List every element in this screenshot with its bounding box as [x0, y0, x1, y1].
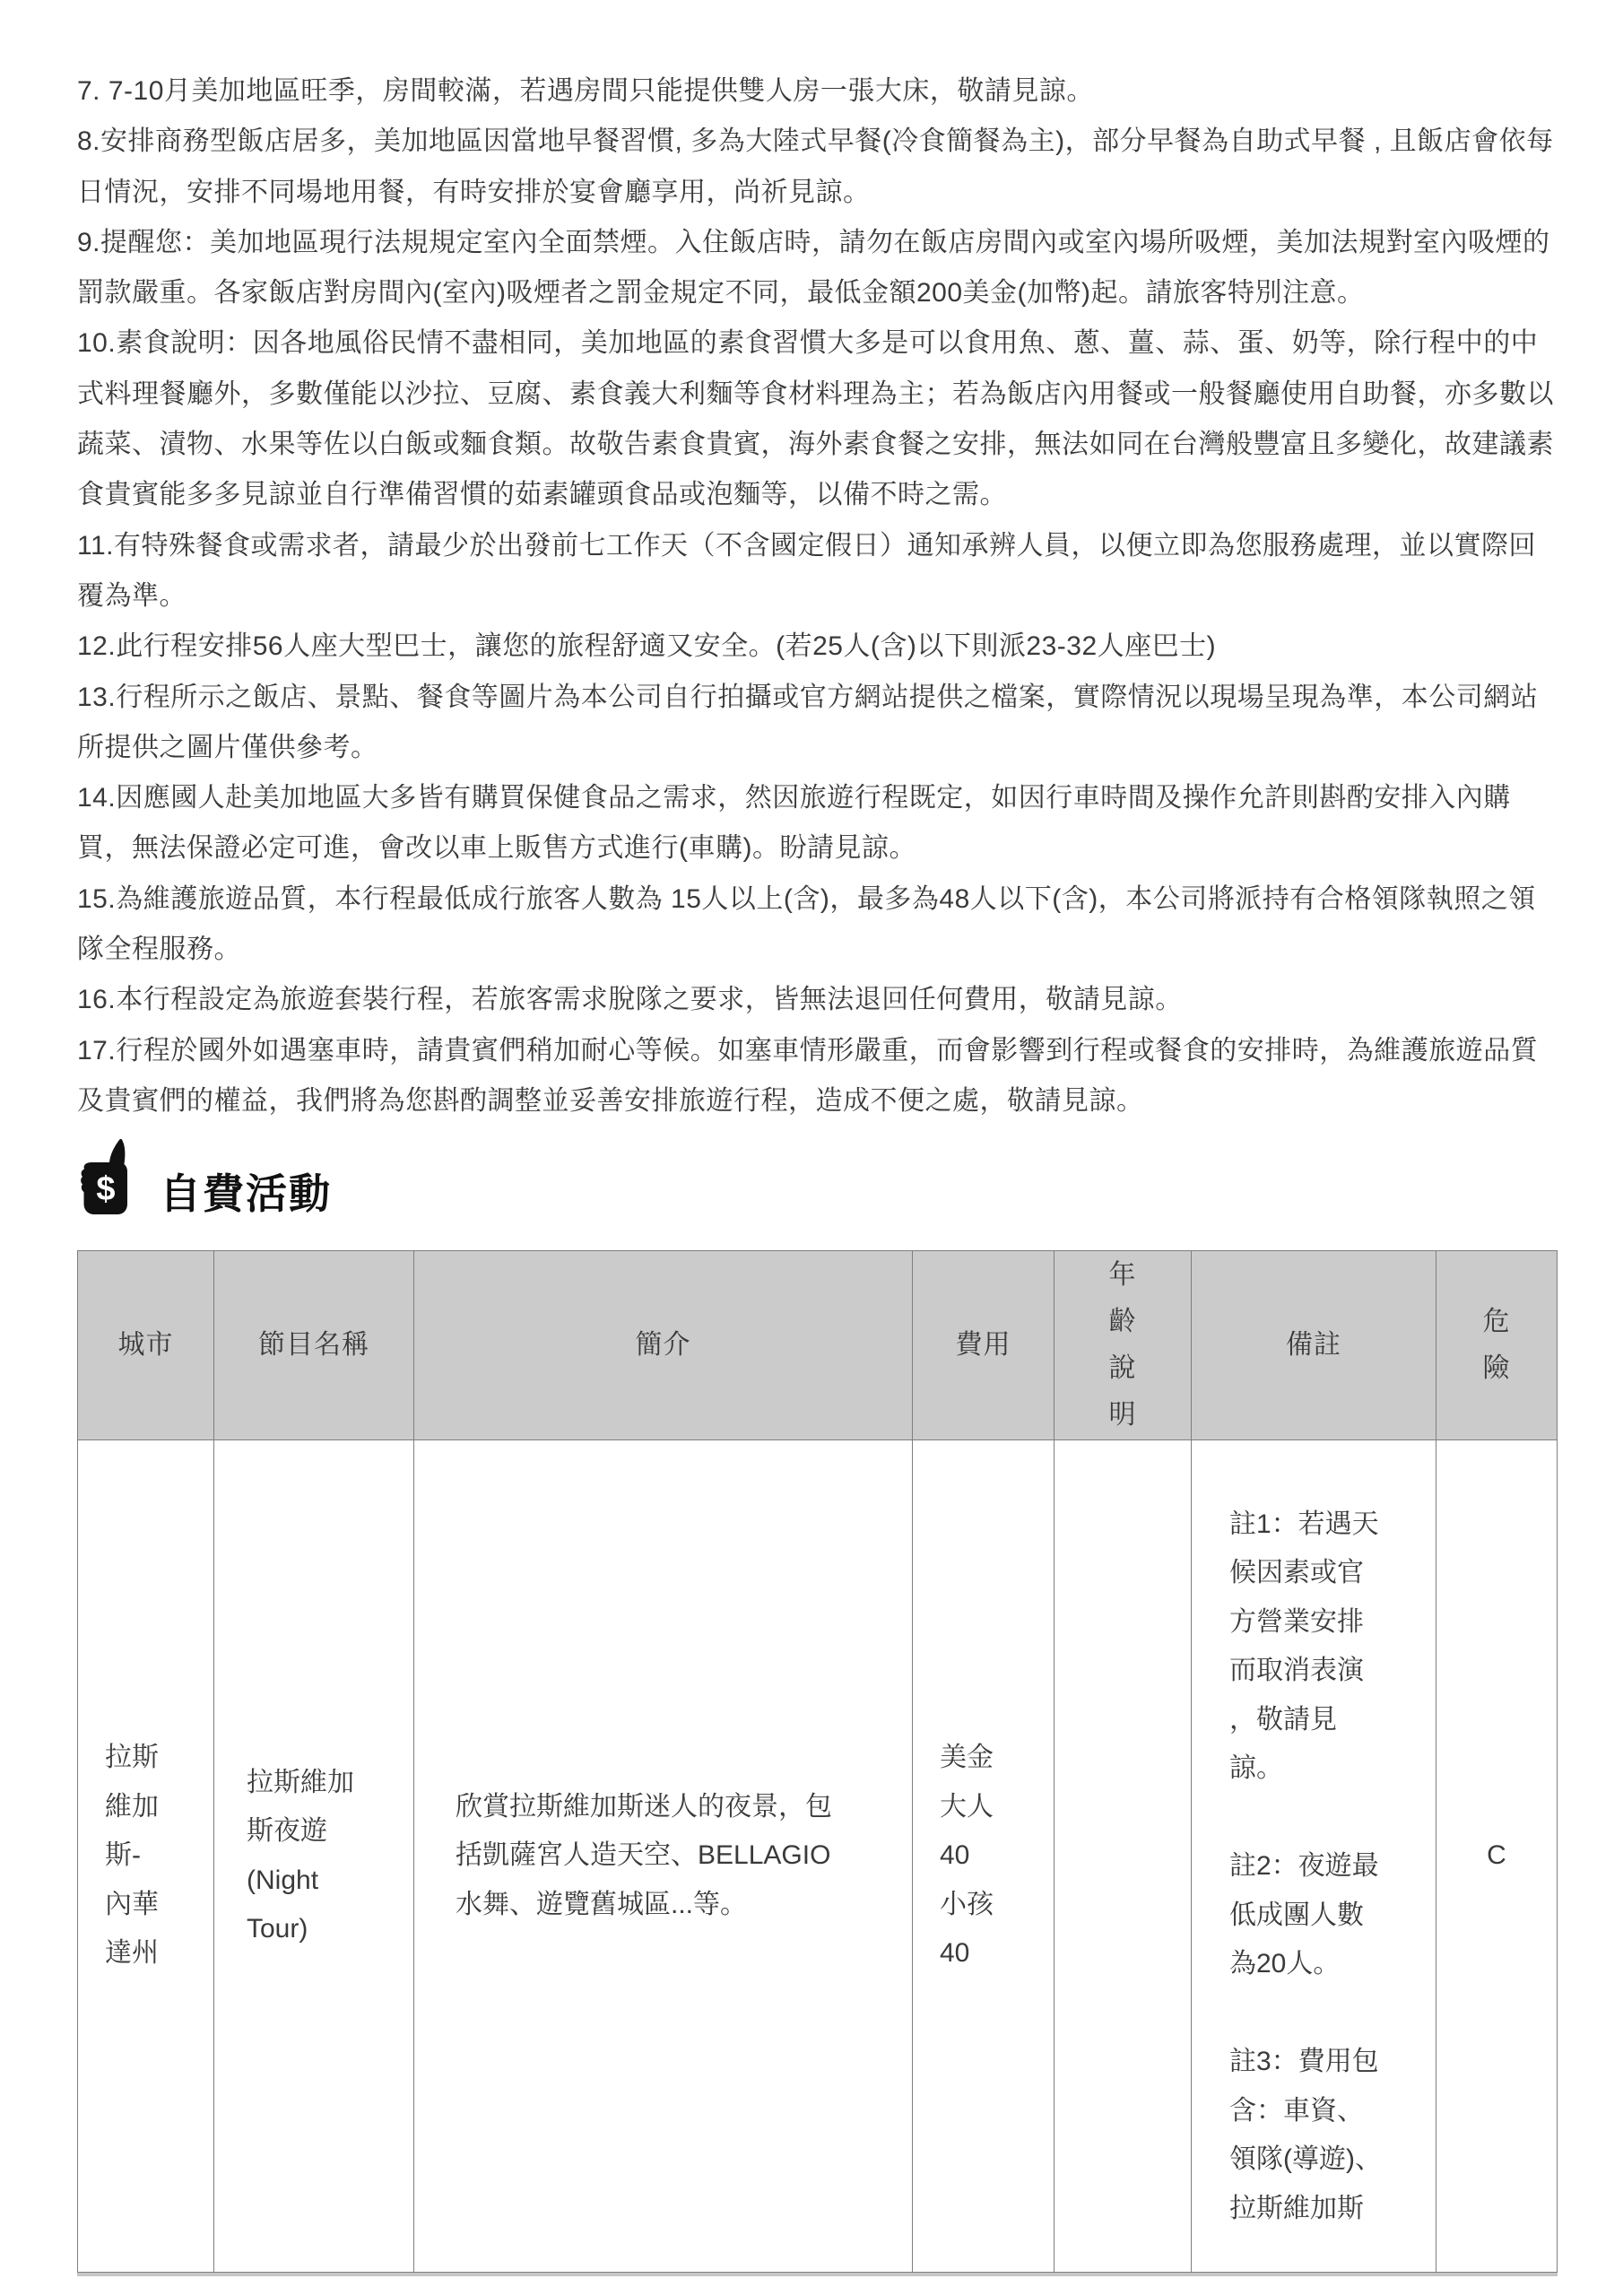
note-10: 10.素食說明：因各地風俗民情不盡相同，美加地區的素食習慣大多是可以食用魚、蔥、…: [77, 318, 1558, 520]
optional-activities-table: 城市 節目名稱 簡介 費用 年 齡 說 明 備註 危 險 拉斯 維加 斯- 內華…: [77, 1250, 1558, 2273]
note-15: 15.為維護旅遊品質，本行程最低成行旅客人數為 15人以上(含)，最多為48人以…: [77, 874, 1558, 976]
cell-danger: C: [1436, 1440, 1558, 2273]
cell-city: 拉斯 維加 斯- 內華 達州: [78, 1440, 214, 2273]
note-17: 17.行程於國外如遇塞車時，請貴賓們稍加耐心等候。如塞車情形嚴重，而會影響到行程…: [77, 1026, 1558, 1127]
note-16: 16.本行程設定為旅遊套裝行程，若旅客需求脫隊之要求，皆無法退回任何費用，敬請見…: [77, 975, 1558, 1025]
col-header-city: 城市: [78, 1251, 214, 1440]
table-header-row: 城市 節目名稱 簡介 費用 年 齡 說 明 備註 危 險: [78, 1251, 1558, 1440]
note-12: 12.此行程安排56人座大型巴士，讓您的旅程舒適又安全。(若25人(含)以下則派…: [77, 622, 1558, 672]
remark-text: 註1：若遇天 候因素或官 方營業安排 而取消表演 ，敬請見 諒。 註2：夜遊最 …: [1229, 1500, 1427, 2223]
cell-remark: 註1：若遇天 候因素或官 方營業安排 而取消表演 ，敬請見 諒。 註2：夜遊最 …: [1192, 1440, 1436, 2273]
dollar-glyph: $: [96, 1170, 115, 1208]
note-13: 13.行程所示之飯店、景點、餐食等圖片為本公司自行拍攝或官方網站提供之檔案，實際…: [77, 673, 1558, 774]
dollar-hand-icon: $: [77, 1137, 136, 1218]
document-page: 7. 7-10月美加地區旺季，房間較滿，若遇房間只能提供雙人房一張大床，敬請見諒…: [0, 0, 1623, 2273]
col-header-danger: 危 險: [1436, 1251, 1558, 1440]
note-14: 14.因應國人赴美加地區大多皆有購買保健食品之需求，然因旅遊行程既定，如因行車時…: [77, 773, 1558, 874]
cell-age: [1055, 1440, 1192, 2273]
note-11: 11.有特殊餐食或需求者，請最少於出發前七工作天（不含國定假日）通知承辨人員，以…: [77, 521, 1558, 622]
cell-program: 拉斯維加 斯夜遊 (Night Tour): [214, 1440, 414, 2273]
cell-fee: 美金 大人 40 小孩 40: [913, 1440, 1055, 2273]
col-header-age: 年 齡 說 明: [1055, 1251, 1192, 1440]
notes-section: 7. 7-10月美加地區旺季，房間較滿，若遇房間只能提供雙人房一張大床，敬請見諒…: [77, 66, 1558, 1126]
section-title: 自費活動: [160, 1171, 332, 1217]
cell-intro: 欣賞拉斯維加斯迷人的夜景，包 括凱薩宮人造天空、BELLAGIO 水舞、遊覽舊城…: [414, 1440, 913, 2273]
note-9: 9.提醒您：美加地區現行法規規定室內全面禁煙。入住飯店時，請勿在飯店房間內或室內…: [77, 218, 1558, 319]
col-header-fee: 費用: [913, 1251, 1055, 1440]
optional-activities-header: $ 自費活動: [77, 1132, 1569, 1218]
col-header-program: 節目名稱: [214, 1251, 414, 1440]
note-8: 8.安排商務型飯店居多，美加地區因當地早餐習慣, 多為大陸式早餐(冷食簡餐為主)…: [77, 117, 1558, 218]
col-header-remark: 備註: [1192, 1251, 1436, 1440]
col-header-intro: 簡介: [414, 1251, 913, 1440]
note-7: 7. 7-10月美加地區旺季，房間較滿，若遇房間只能提供雙人房一張大床，敬請見諒…: [77, 66, 1558, 117]
table-row: 拉斯 維加 斯- 內華 達州 拉斯維加 斯夜遊 (Night Tour) 欣賞拉…: [78, 1440, 1558, 2273]
